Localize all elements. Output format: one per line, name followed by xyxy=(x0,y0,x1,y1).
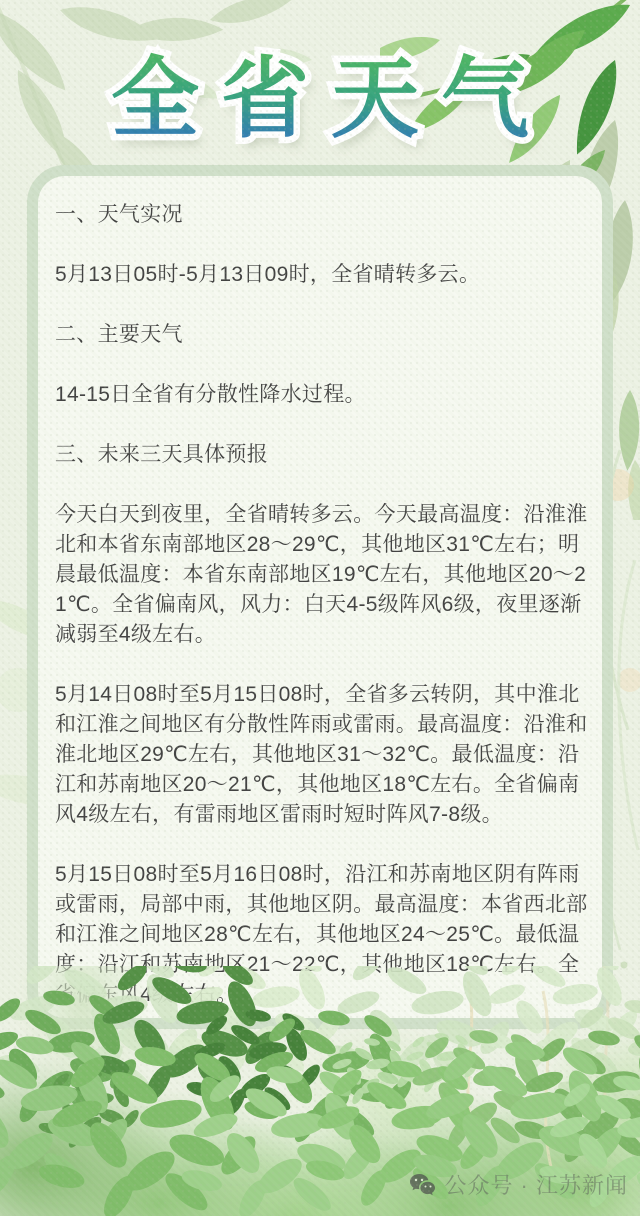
poster-title-text: 全省天气 xyxy=(0,50,640,149)
section-three-day-forecast: 三、未来三天具体预报 今天白天到夜里，全省晴转多云。今天最高温度：沿淮淮北和本省… xyxy=(55,440,590,1010)
watermark: 公众号 · 江苏新闻 xyxy=(409,1169,628,1200)
forecast-paragraph-today: 今天白天到夜里，全省晴转多云。今天最高温度：沿淮淮北和本省东南部地区28～29℃… xyxy=(55,500,590,650)
section-1-paragraph: 5月13日05时-5月13日09时，全省晴转多云。 xyxy=(55,260,590,290)
forecast-paragraph-day2: 5月14日08时至5月15日08时，全省多云转阴，其中淮北和江淮之间地区有分散性… xyxy=(55,680,590,830)
section-2-paragraph: 14-15日全省有分散性降水过程。 xyxy=(55,380,590,410)
weather-poster: 全省天气 全省天气 一、天气实况 5月13日05时-5月13日09时，全省晴转多… xyxy=(0,0,640,1216)
watermark-label: 公众号 · 江苏新闻 xyxy=(444,1169,628,1200)
section-3-heading: 三、未来三天具体预报 xyxy=(55,440,590,470)
section-main-weather: 二、主要天气 14-15日全省有分散性降水过程。 xyxy=(55,320,590,410)
weather-report-card: 一、天气实况 5月13日05时-5月13日09时，全省晴转多云。 二、主要天气 … xyxy=(27,165,613,1029)
wechat-icon xyxy=(409,1173,436,1197)
section-2-heading: 二、主要天气 xyxy=(55,320,590,350)
section-1-heading: 一、天气实况 xyxy=(55,200,590,230)
section-weather-actual: 一、天气实况 5月13日05时-5月13日09时，全省晴转多云。 xyxy=(55,200,590,290)
poster-title: 全省天气 全省天气 xyxy=(0,50,640,180)
